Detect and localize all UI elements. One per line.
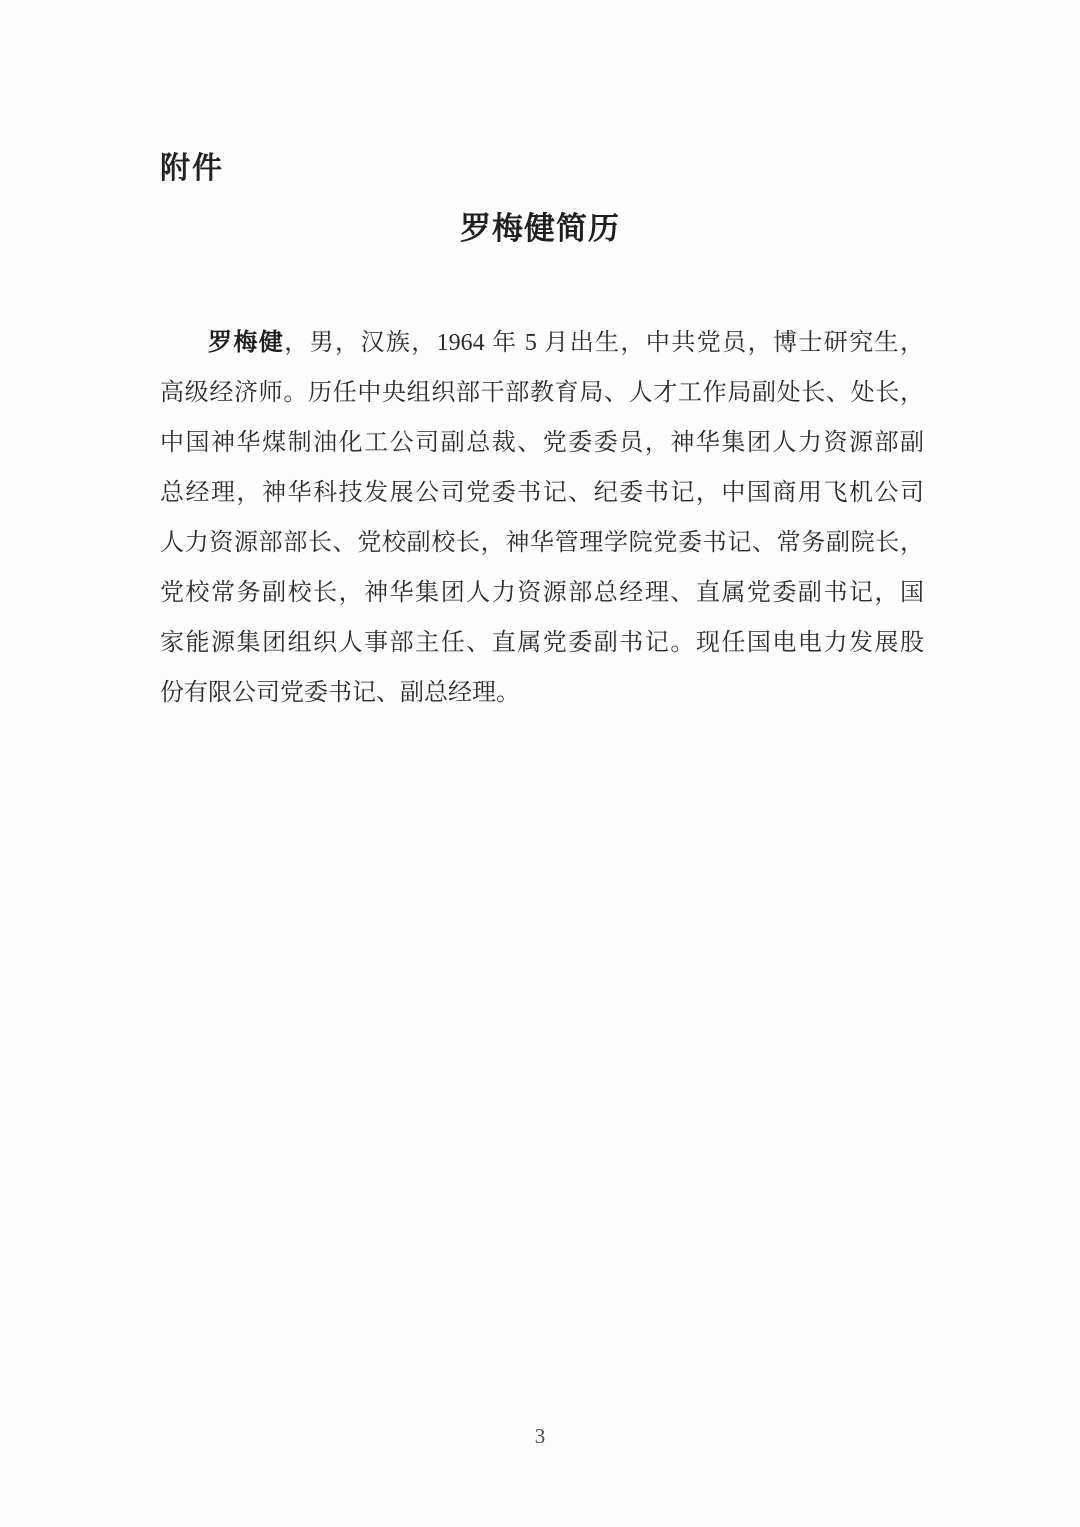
bio-line: 人力资源部部长、党校副校长，神华管理学院党委书记、常务副院长， [160,518,924,568]
bio-line-text: ，男，汉族，1964 年 5 月出生，中共党员，博士研究生， [284,330,924,356]
page-number: 3 [0,1424,1080,1449]
bio-line: 总经理，神华科技发展公司党委书记、纪委书记，中国商用飞机公司 [160,468,924,518]
bio-line: 份有限公司党委书记、副总经理。 [160,668,924,718]
document-page: 附件 罗梅健简历 罗梅健，男，汉族，1964 年 5 月出生，中共党员，博士研究… [0,0,1080,1527]
attachment-label: 附件 [160,143,224,187]
bio-line: 中国神华煤制油化工公司副总裁、党委委员，神华集团人力资源部副 [160,418,924,468]
bio-line: 党校常务副校长，神华集团人力资源部总经理、直属党委副书记，国 [160,568,924,618]
bio-line: 家能源集团组织人事部主任、直属党委副书记。现任国电电力发展股 [160,618,924,668]
bio-line: 高级经济师。历任中央组织部干部教育局、人才工作局副处长、处长， [160,368,924,418]
bio-lead-name: 罗梅健 [208,330,284,356]
bio-paragraph: 罗梅健，男，汉族，1964 年 5 月出生，中共党员，博士研究生， 高级经济师。… [160,318,924,718]
page-title: 罗梅健简历 [0,203,1080,248]
bio-line: 罗梅健，男，汉族，1964 年 5 月出生，中共党员，博士研究生， [160,318,924,368]
